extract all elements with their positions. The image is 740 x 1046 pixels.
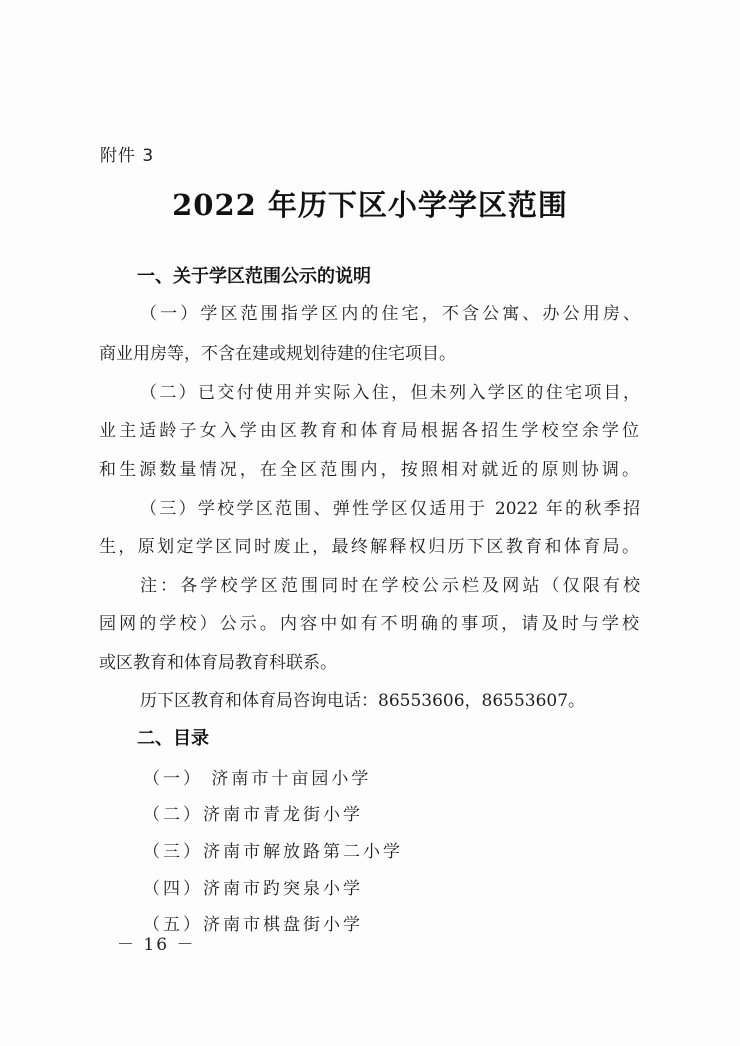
paragraph-line: 生，原划定学区同时废止，最终解释权归历下区教育和体育局。 bbox=[99, 532, 639, 557]
toc-item: （三）济南市解放路第二小学 bbox=[143, 837, 403, 862]
note-line: 园网的学校）公示。内容中如有不明确的事项，请及时与学校 bbox=[99, 609, 639, 634]
paragraph-line: （二）已交付使用并实际入住，但未列入学区的住宅项目， bbox=[140, 378, 640, 403]
paragraph-line: 商业用房等，不含在建或规划待建的住宅项目。 bbox=[99, 339, 456, 364]
note-line: 或区教育和体育局教育科联系。 bbox=[99, 648, 337, 673]
toc-item: （二）济南市青龙街小学 bbox=[143, 800, 363, 825]
paragraph-line: （三）学校学区范围、弹性学区仅适用于 2022 年的秋季招 bbox=[140, 494, 640, 519]
document-title: 2022 年历下区小学学区范围 bbox=[0, 183, 740, 224]
contact-phone-line: 历下区教育和体育局咨询电话：86553606，86553607。 bbox=[140, 686, 585, 711]
note-line: 注：各学校学区范围同时在学校公示栏及网站（仅限有校 bbox=[140, 571, 640, 596]
section-heading-explanation: 一、关于学区范围公示的说明 bbox=[137, 262, 371, 288]
paragraph-line: 业主适龄子女入学由区教育和体育局根据各招生学校空余学位 bbox=[99, 416, 639, 441]
annex-label: 附件 3 bbox=[100, 141, 154, 166]
page-number: － 16 － bbox=[117, 930, 195, 955]
toc-item: （四）济南市趵突泉小学 bbox=[143, 874, 363, 899]
document-page: 附件 3 2022 年历下区小学学区范围 一、关于学区范围公示的说明 （一）学区… bbox=[0, 0, 740, 1046]
paragraph-line: 和生源数量情况，在全区范围内，按照相对就近的原则协调。 bbox=[99, 455, 639, 480]
toc-item: （一） 济南市十亩园小学 bbox=[143, 764, 371, 789]
section-heading-contents: 二、目录 bbox=[137, 724, 209, 750]
paragraph-line: （一）学区范围指学区内的住宅，不含公寓、办公用房、 bbox=[140, 299, 640, 324]
